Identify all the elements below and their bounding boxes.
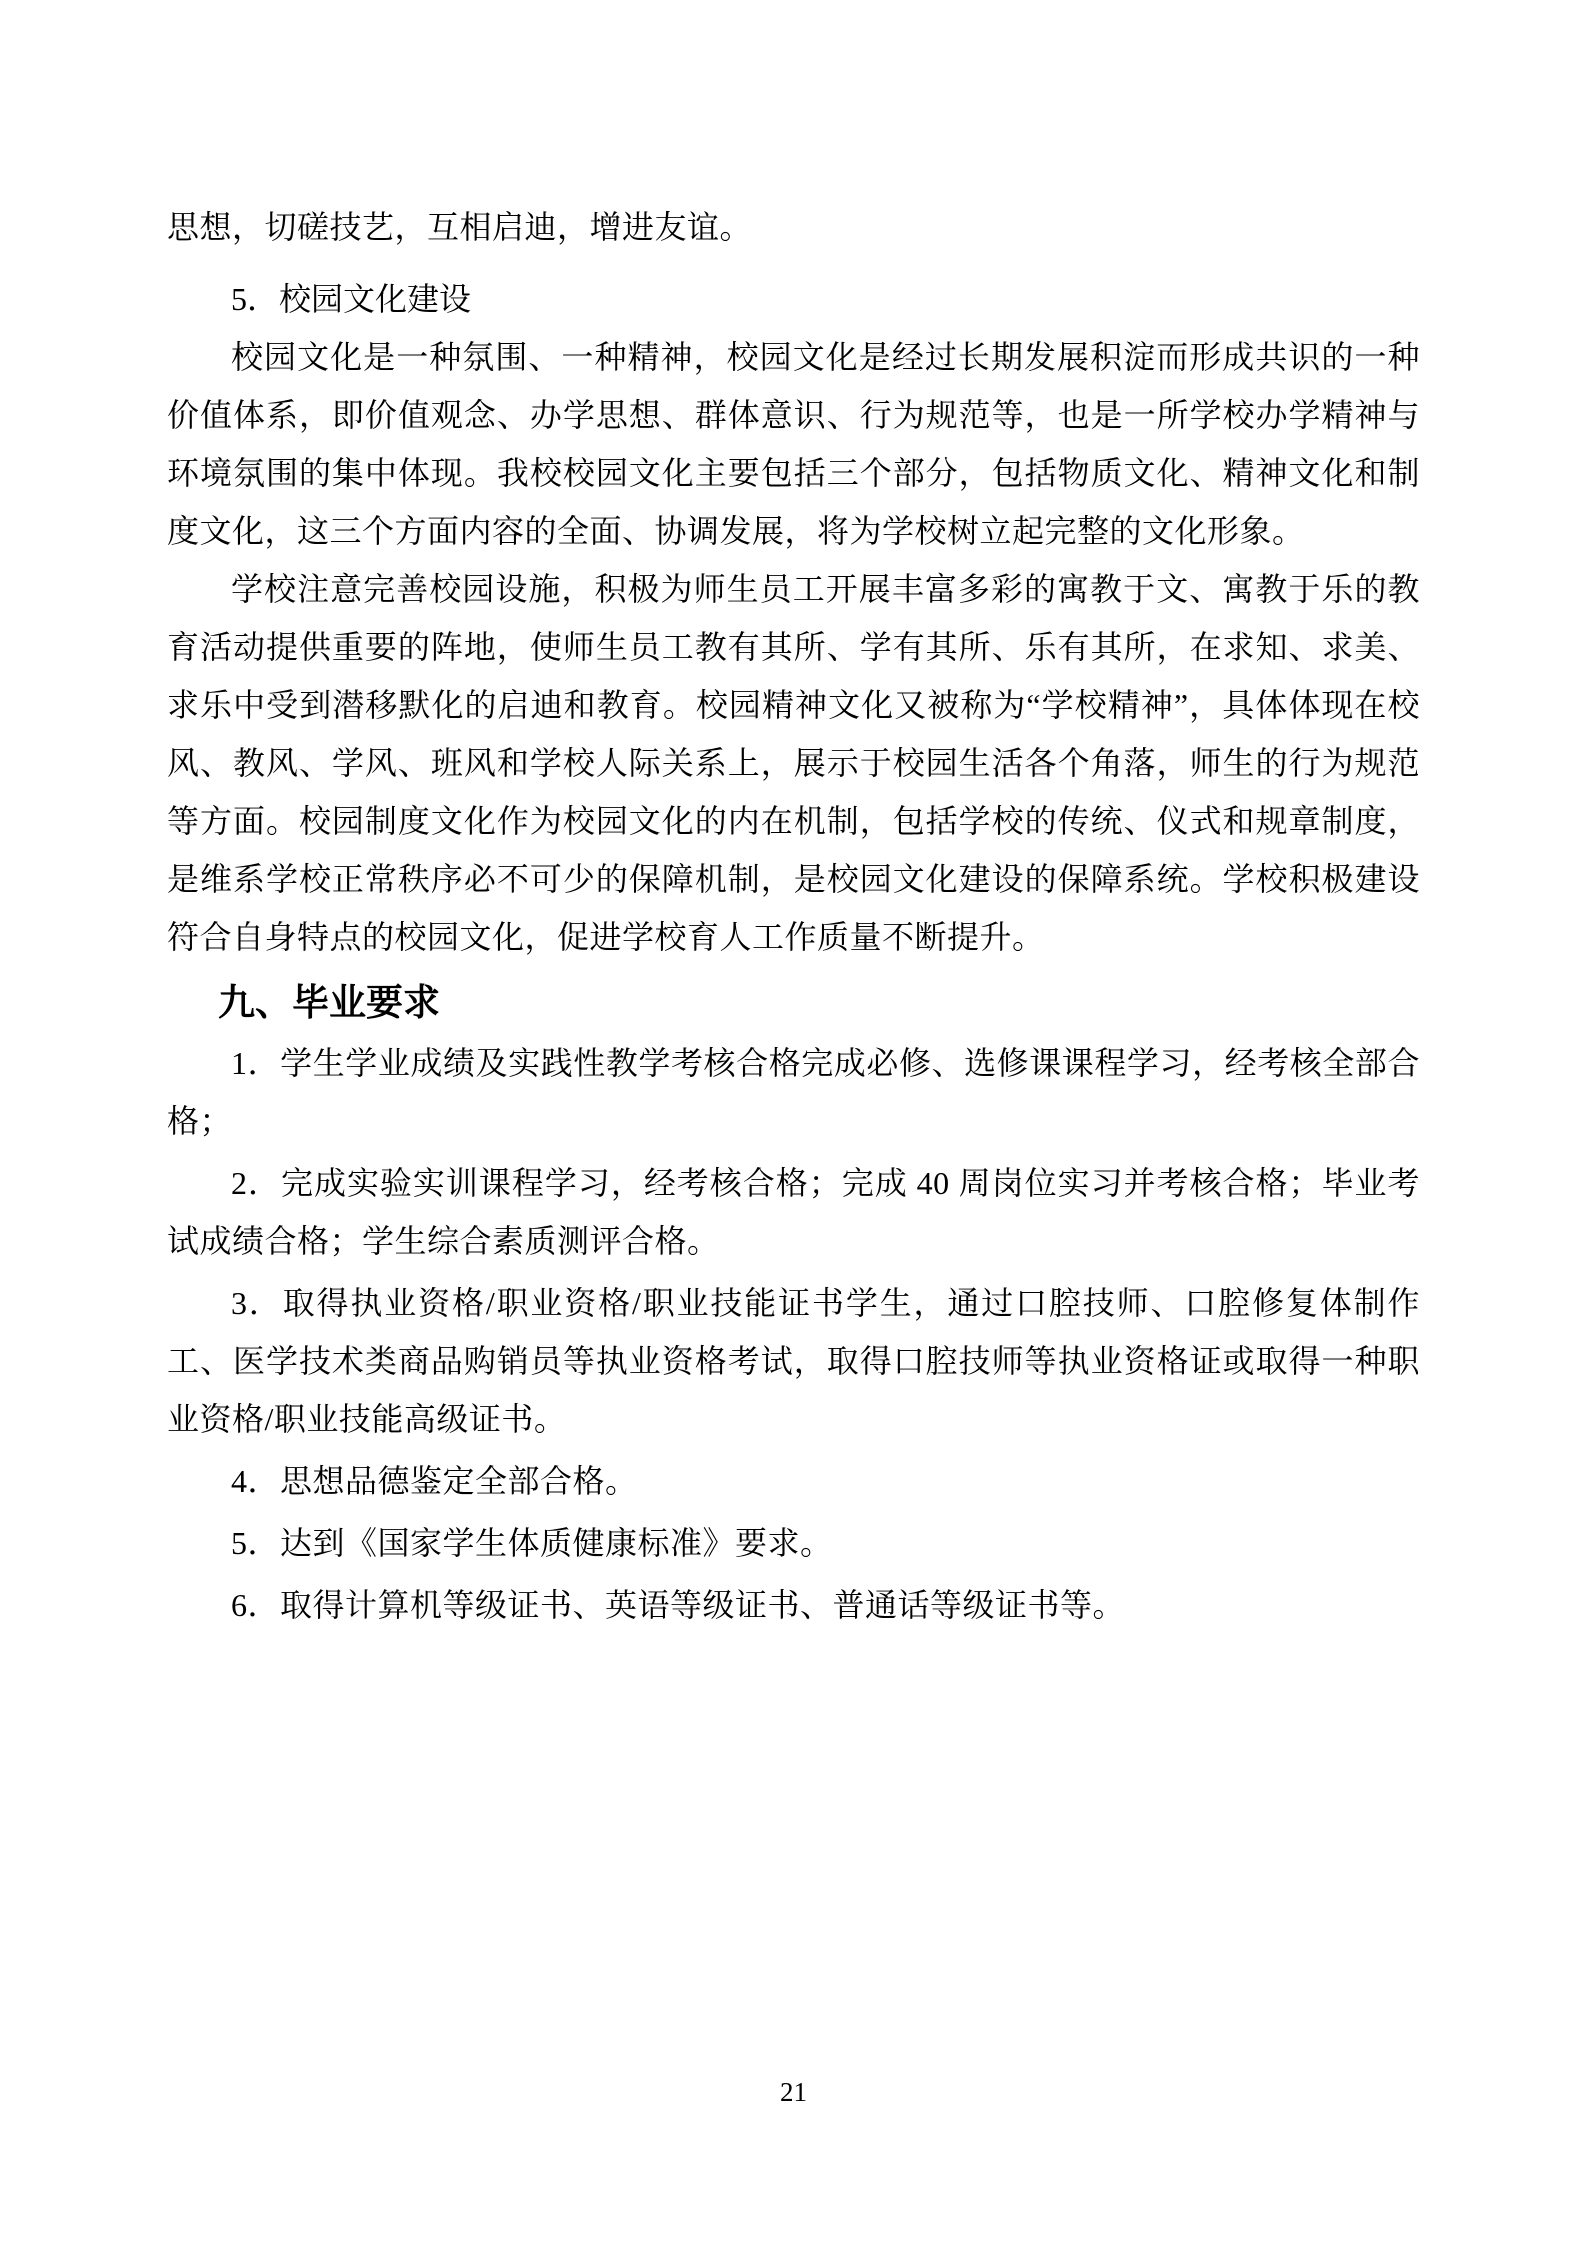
document-page: 思想，切磋技艺，互相启迪，增进友谊。 5．校园文化建设 校园文化是一种氛围、一种… (0, 0, 1587, 2245)
graduation-requirement-item-1: 1．学生学业成绩及实践性教学考核合格完成必修、选修课课程学习，经考核全部合格； (167, 1034, 1420, 1150)
graduation-requirement-item-2: 2．完成实验实训课程学习，经考核合格；完成 40 周岗位实习并考核合格；毕业考试… (167, 1154, 1420, 1270)
page-number: 21 (0, 2072, 1587, 2112)
paragraph-continuation: 思想，切磋技艺，互相启迪，增进友谊。 (167, 198, 1420, 256)
section-heading-graduation-requirements: 九、毕业要求 (167, 978, 1420, 1028)
paragraph-campus-culture-1: 校园文化是一种氛围、一种精神，校园文化是经过长期发展积淀而形成共识的一种价值体系… (167, 328, 1420, 560)
graduation-requirement-item-6: 6．取得计算机等级证书、英语等级证书、普通话等级证书等。 (167, 1576, 1420, 1634)
graduation-requirement-item-5: 5．达到《国家学生体质健康标准》要求。 (167, 1514, 1420, 1572)
graduation-requirement-item-4: 4．思想品德鉴定全部合格。 (167, 1452, 1420, 1510)
graduation-requirements-list: 1．学生学业成绩及实践性教学考核合格完成必修、选修课课程学习，经考核全部合格； … (167, 1034, 1420, 1634)
subsection-heading-campus-culture: 5．校园文化建设 (167, 270, 1420, 328)
paragraph-campus-culture-2: 学校注意完善校园设施，积极为师生员工开展丰富多彩的寓教于文、寓教于乐的教育活动提… (167, 560, 1420, 966)
graduation-requirement-item-3: 3．取得执业资格/职业资格/职业技能证书学生，通过口腔技师、口腔修复体制作工、医… (167, 1274, 1420, 1448)
